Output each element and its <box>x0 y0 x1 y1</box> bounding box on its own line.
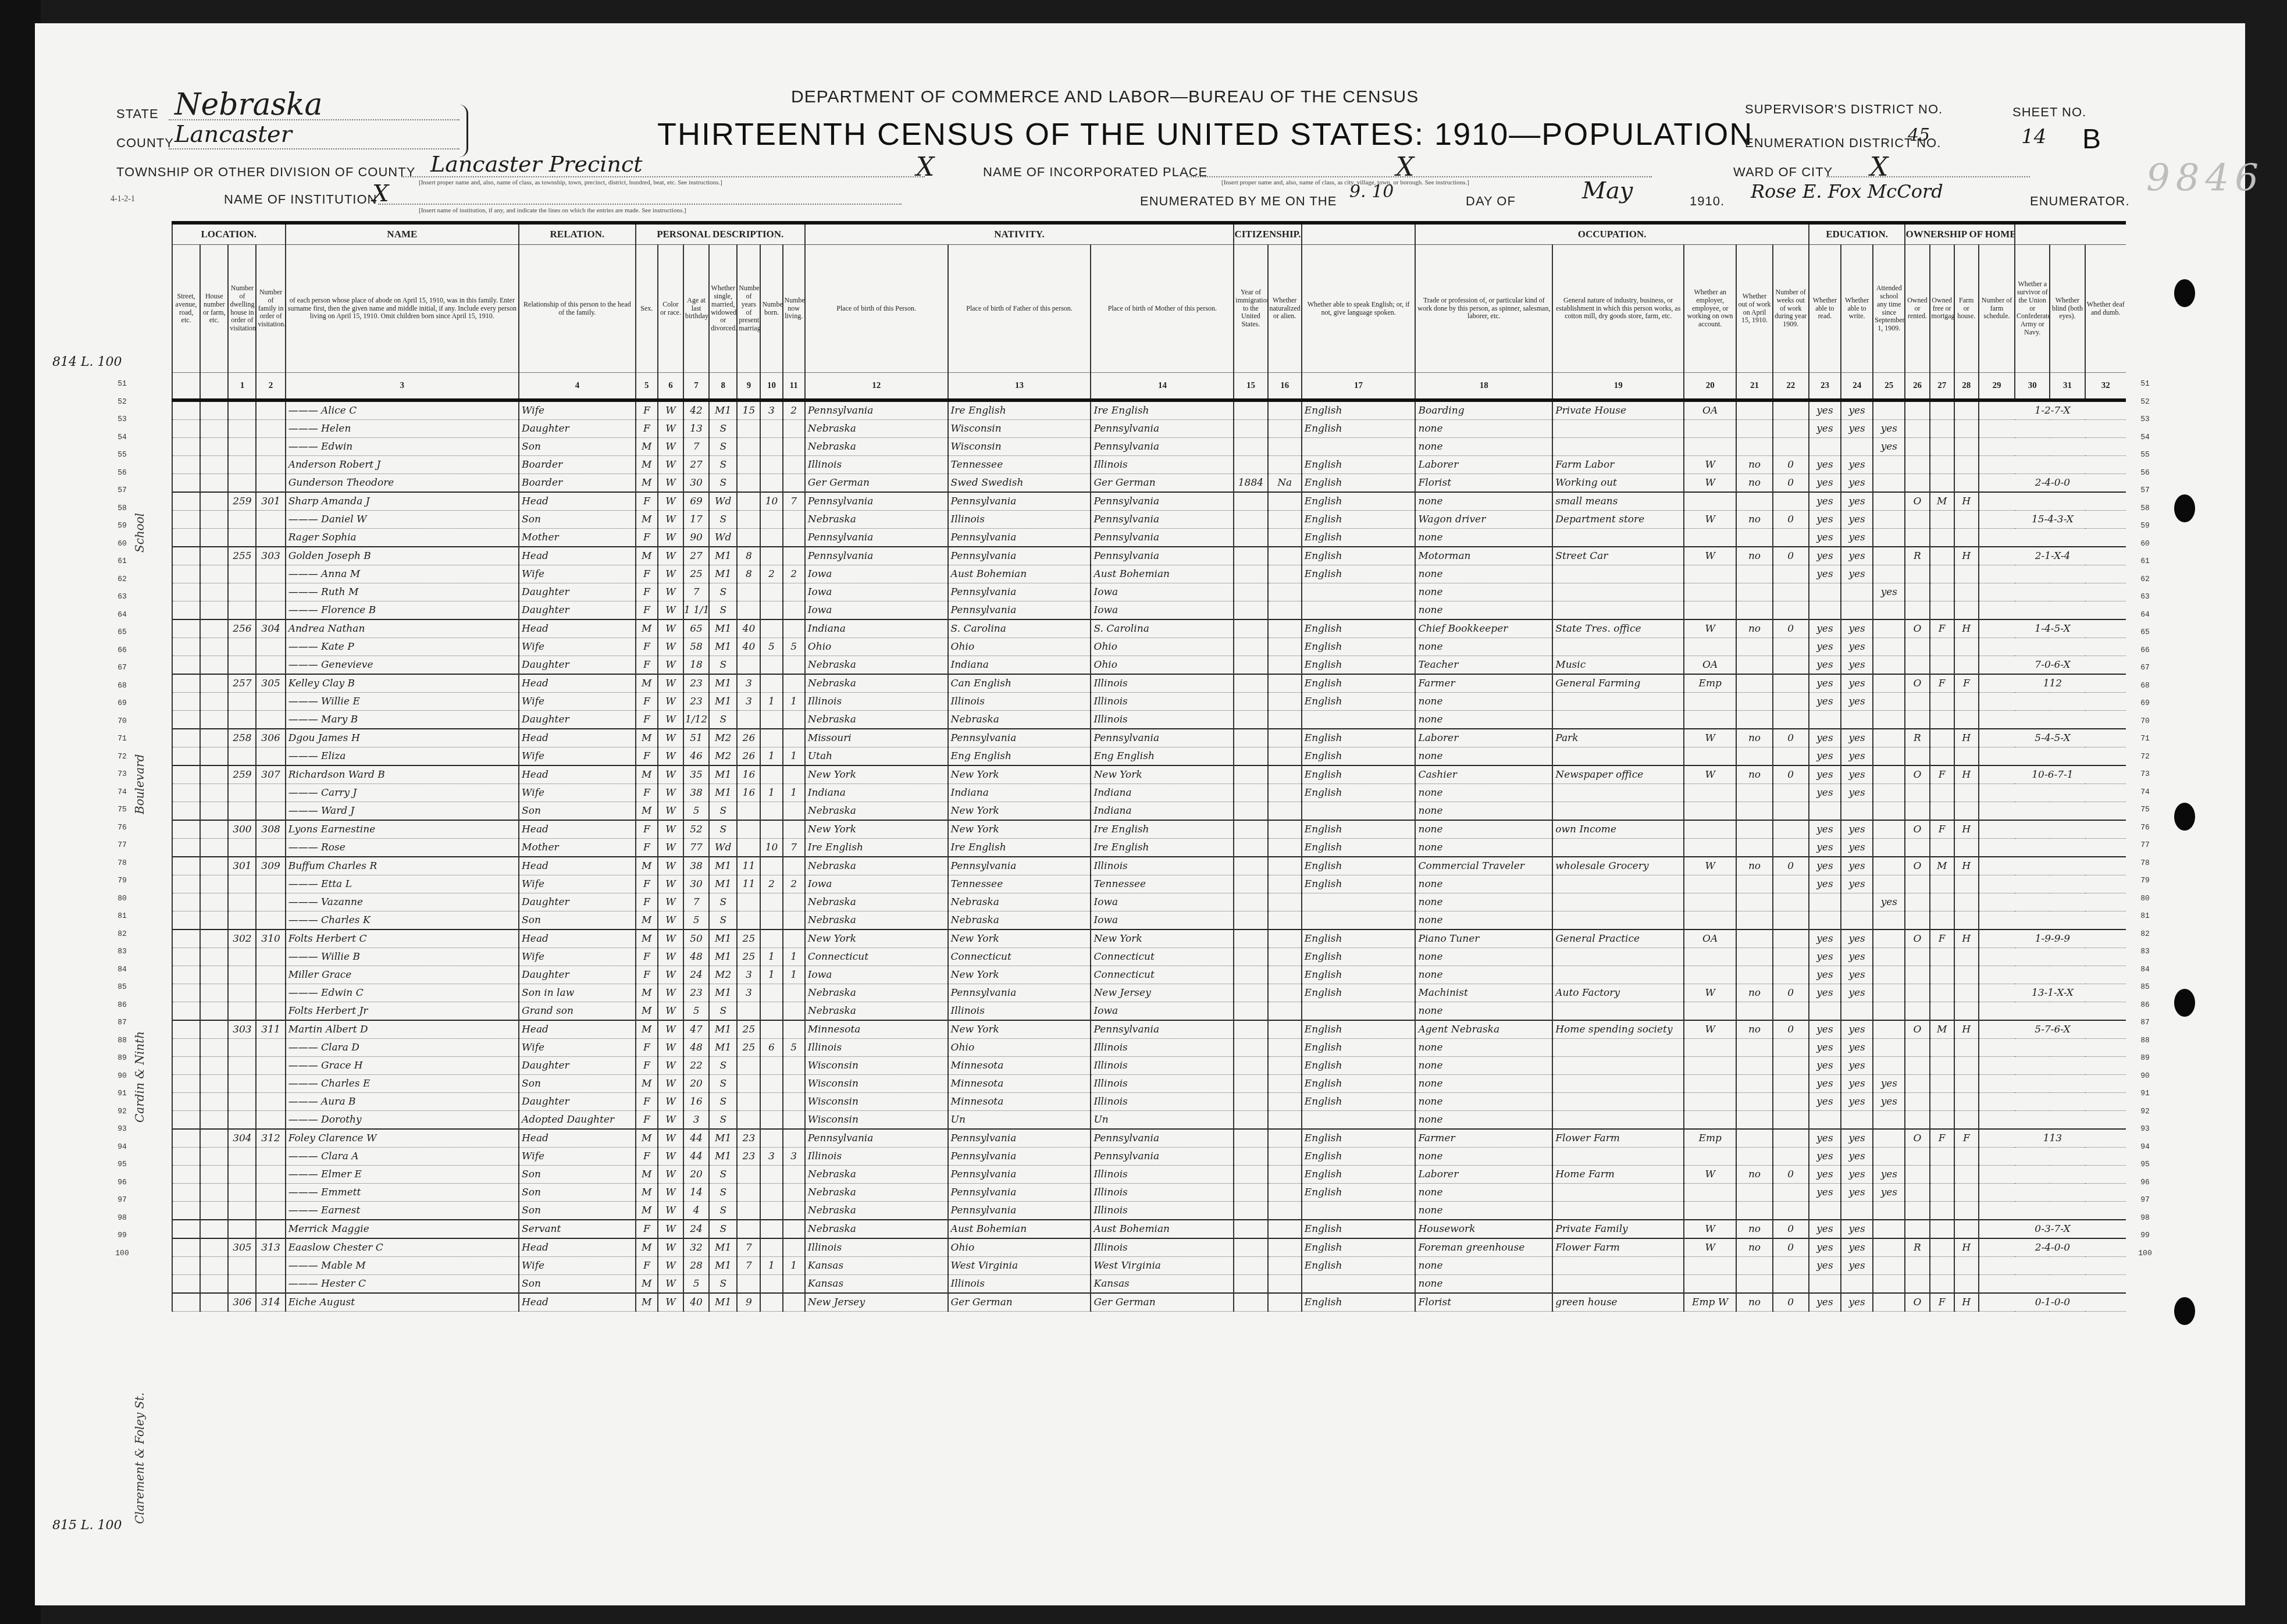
line-number: 58 <box>108 504 137 522</box>
cell-bpm: West Virginia <box>1091 1257 1234 1275</box>
cell-lang: English <box>1302 747 1416 766</box>
punch-hole <box>2174 494 2195 522</box>
cell-industry <box>1552 420 1684 438</box>
day-of-label: DAY OF <box>1466 194 1516 209</box>
line-number: 56 <box>108 468 137 486</box>
table-row: 300308Lyons EarnestineHeadFW52SNew YorkN… <box>172 820 2126 839</box>
cell-emp <box>1684 1148 1736 1166</box>
cell-bp: Nebraska <box>805 656 948 675</box>
cell-industry <box>1552 893 1684 911</box>
cell-own: O <box>1905 1129 1929 1148</box>
cell-street <box>172 420 200 438</box>
cell-wks <box>1773 1075 1809 1093</box>
cell-living: 5 <box>783 638 805 656</box>
cell-yrs <box>737 1093 760 1111</box>
cell-emp <box>1684 911 1736 930</box>
cell-read: yes <box>1809 474 1841 493</box>
cell-dwelling <box>228 784 256 802</box>
cell-relation: Son <box>519 911 636 930</box>
cell-write <box>1841 802 1873 821</box>
cell-house <box>200 1202 228 1220</box>
cell-name: ——— Ward J <box>286 802 519 821</box>
cell-house <box>200 474 228 493</box>
cell-yrs <box>737 420 760 438</box>
cell-age: 4 <box>683 1202 709 1220</box>
line-number: 86 <box>2133 1000 2157 1018</box>
line-number: 53 <box>108 415 137 433</box>
cell-write: yes <box>1841 784 1873 802</box>
col-birth-father: Place of birth of Father of this person. <box>948 245 1091 373</box>
cell-bp: Wisconsin <box>805 1093 948 1111</box>
cell-name: ——— Willie E <box>286 693 519 711</box>
cell-relation: Daughter <box>519 656 636 675</box>
column-number: 13 <box>948 373 1091 401</box>
cell-bpm: Illinois <box>1091 711 1234 729</box>
table-row: ——— Charles ESonMW20SWisconsinMinnesotaI… <box>172 1075 2126 1093</box>
cell-industry <box>1552 747 1684 766</box>
cell-race: W <box>658 529 683 547</box>
cell-imm <box>1234 638 1267 656</box>
cell-nat <box>1268 911 1302 930</box>
cell-nat <box>1268 1275 1302 1294</box>
cell-nat <box>1268 1111 1302 1130</box>
line-number: 82 <box>2133 929 2157 948</box>
group-relation: RELATION. <box>519 225 636 245</box>
punch-hole <box>2174 279 2195 307</box>
cell-write: yes <box>1841 966 1873 984</box>
cell-relation: Daughter <box>519 601 636 620</box>
cell-own <box>1905 529 1929 547</box>
cell-read: yes <box>1809 929 1841 948</box>
cell-age: 42 <box>683 400 709 420</box>
cell-trade: Cashier <box>1415 765 1552 784</box>
cell-relation: Son <box>519 1275 636 1294</box>
cell-school <box>1873 674 1905 693</box>
cell-marital: S <box>709 601 737 620</box>
cell-bpm: Eng English <box>1091 747 1234 766</box>
cell-read: yes <box>1809 492 1841 511</box>
cell-age: 38 <box>683 857 709 875</box>
cell-read: yes <box>1809 875 1841 893</box>
cell-lang: English <box>1302 529 1416 547</box>
cell-nat <box>1268 948 1302 966</box>
cell-street <box>172 1093 200 1111</box>
cell-imm <box>1234 1184 1267 1202</box>
cell-bpm: Indiana <box>1091 784 1234 802</box>
cell-street <box>172 492 200 511</box>
cell-industry: Music <box>1552 656 1684 675</box>
cell-imm <box>1234 1202 1267 1220</box>
cell-industry: State Tres. office <box>1552 619 1684 638</box>
col-school: Attended school any time since September… <box>1875 284 1903 333</box>
cell-relation: Daughter <box>519 893 636 911</box>
cell-nat <box>1268 1257 1302 1275</box>
cell-mort <box>1930 400 1954 420</box>
cell-family: 306 <box>256 729 285 747</box>
cell-relation: Wife <box>519 784 636 802</box>
cell-trade: none <box>1415 492 1552 511</box>
township-hint: [Insert proper name and, also, name of c… <box>419 179 722 186</box>
line-number: 100 <box>2133 1249 2157 1267</box>
cell-race: W <box>658 492 683 511</box>
cell-emp <box>1684 1057 1736 1075</box>
cell-dwelling <box>228 875 256 893</box>
cell-bpf: New York <box>948 1020 1091 1039</box>
cell-marital: M2 <box>709 747 737 766</box>
cell-dwelling <box>228 601 256 620</box>
column-number: 15 <box>1234 373 1267 401</box>
cell-bpf: Pennsylvania <box>948 984 1091 1002</box>
cell-sex: M <box>636 1129 658 1148</box>
cell-oow: no <box>1736 729 1772 747</box>
line-number: 88 <box>2133 1036 2157 1054</box>
cell-oow: no <box>1736 619 1772 638</box>
cell-bpf: Ohio <box>948 638 1091 656</box>
cell-write: yes <box>1841 492 1873 511</box>
cell-own <box>1905 638 1929 656</box>
cell-mort <box>1930 1111 1954 1130</box>
line-number: 89 <box>108 1053 137 1071</box>
cell-industry <box>1552 839 1684 857</box>
table-row: ——— Hester CSonMW5SKansasIllinoisKansasn… <box>172 1275 2126 1294</box>
cell-read <box>1809 438 1841 456</box>
cell-read <box>1809 1202 1841 1220</box>
cell-industry <box>1552 1075 1684 1093</box>
cell-age: 30 <box>683 474 709 493</box>
cell-dwelling <box>228 839 256 857</box>
cell-family <box>256 638 285 656</box>
line-number: 62 <box>108 575 137 593</box>
cell-emp <box>1684 1111 1736 1130</box>
enumerator-label: ENUMERATOR. <box>2030 194 2130 209</box>
col-veteran: Whether a survivor of the Union or Confe… <box>2017 280 2048 337</box>
cell-sched <box>1979 1075 2126 1093</box>
cell-race: W <box>658 1057 683 1075</box>
line-number: 92 <box>108 1107 137 1125</box>
cell-born <box>760 893 782 911</box>
cell-family <box>256 784 285 802</box>
line-number: 55 <box>108 450 137 468</box>
cell-wks <box>1773 492 1809 511</box>
cell-bp: Nebraska <box>805 711 948 729</box>
cell-yrs <box>737 1075 760 1093</box>
cell-own: O <box>1905 1293 1929 1312</box>
cell-race: W <box>658 1129 683 1148</box>
cell-race: W <box>658 1020 683 1039</box>
cell-emp <box>1684 693 1736 711</box>
cell-sched: 5-7-6-X <box>1979 1020 2126 1039</box>
cell-oow: no <box>1736 1220 1772 1238</box>
cell-industry: Street Car <box>1552 547 1684 565</box>
cell-bpm: Pennsylvania <box>1091 547 1234 565</box>
cell-lang <box>1302 583 1416 601</box>
cell-dwelling <box>228 438 256 456</box>
cell-sex: M <box>636 619 658 638</box>
cell-house <box>200 1020 228 1039</box>
cell-house <box>200 601 228 620</box>
cell-trade: Chief Bookkeeper <box>1415 619 1552 638</box>
col-street: Street, avenue, road, etc. <box>174 293 198 325</box>
cell-bpf: Tennessee <box>948 456 1091 474</box>
cell-relation: Grand son <box>519 1002 636 1021</box>
cell-bpf: Connecticut <box>948 948 1091 966</box>
punch-hole <box>2174 1297 2195 1325</box>
line-number: 66 <box>108 646 137 664</box>
table-row: ——— Willie EWifeFW23M1311IllinoisIllinoi… <box>172 693 2126 711</box>
cell-mort <box>1930 747 1954 766</box>
cell-street <box>172 1184 200 1202</box>
cell-school: yes <box>1873 420 1905 438</box>
cell-dwelling: 259 <box>228 492 256 511</box>
cell-fh <box>1954 1220 1979 1238</box>
cell-street <box>172 802 200 821</box>
line-number: 72 <box>2133 752 2157 770</box>
cell-born <box>760 711 782 729</box>
cell-imm <box>1234 1257 1267 1275</box>
cell-mort <box>1930 693 1954 711</box>
cell-dwelling <box>228 1002 256 1021</box>
line-number: 60 <box>108 539 137 557</box>
col-farm-schedule: Number of farm schedule. <box>1980 297 2013 320</box>
cell-bp: Nebraska <box>805 674 948 693</box>
cell-sex: M <box>636 729 658 747</box>
cell-emp: Emp <box>1684 1129 1736 1148</box>
cell-read: yes <box>1809 839 1841 857</box>
cell-nat <box>1268 747 1302 766</box>
cell-sex: F <box>636 1093 658 1111</box>
cell-age: 5 <box>683 1002 709 1021</box>
cell-read: yes <box>1809 456 1841 474</box>
cell-read: yes <box>1809 984 1841 1002</box>
cell-yrs: 26 <box>737 729 760 747</box>
cell-living <box>783 583 805 601</box>
cell-yrs <box>737 1111 760 1130</box>
cell-dwelling <box>228 911 256 930</box>
cell-emp <box>1684 875 1736 893</box>
cell-sex: M <box>636 511 658 529</box>
cell-lang: English <box>1302 984 1416 1002</box>
cell-read: yes <box>1809 1257 1841 1275</box>
form-number: 4-1-2-1 <box>111 195 135 204</box>
cell-imm <box>1234 1129 1267 1148</box>
line-number: 51 <box>108 379 137 397</box>
cell-bpf: Un <box>948 1111 1091 1130</box>
year-value: 1910. <box>1690 194 1725 209</box>
cell-mort <box>1930 948 1954 966</box>
cell-industry <box>1552 1257 1684 1275</box>
cell-relation: Son <box>519 1166 636 1184</box>
line-number: 84 <box>2133 965 2157 983</box>
cell-family: 305 <box>256 674 285 693</box>
cell-sched <box>1979 893 2126 911</box>
cell-school <box>1873 1220 1905 1238</box>
cell-school <box>1873 565 1905 583</box>
cell-industry: Home Farm <box>1552 1166 1684 1184</box>
cell-own <box>1905 1220 1929 1238</box>
cell-age: 5 <box>683 802 709 821</box>
cell-fh: H <box>1954 1293 1979 1312</box>
cell-school <box>1873 875 1905 893</box>
cell-dwelling <box>228 638 256 656</box>
cell-imm <box>1234 693 1267 711</box>
cell-living: 2 <box>783 565 805 583</box>
line-number: 100 <box>108 1249 137 1267</box>
cell-house <box>200 400 228 420</box>
cell-mort: M <box>1930 857 1954 875</box>
cell-bp: Nebraska <box>805 420 948 438</box>
cell-read: yes <box>1809 784 1841 802</box>
institution-line <box>378 204 902 205</box>
cell-family <box>256 966 285 984</box>
cell-wks: 0 <box>1773 619 1809 638</box>
cell-industry: Flower Farm <box>1552 1129 1684 1148</box>
cell-bpf: Illinois <box>948 1002 1091 1021</box>
cell-nat: Na <box>1268 474 1302 493</box>
cell-dwelling <box>228 1039 256 1057</box>
cell-marital: S <box>709 893 737 911</box>
line-numbers-right: 5152535455565758596061626364656667686970… <box>2133 379 2157 1266</box>
cell-mort <box>1930 638 1954 656</box>
cell-bpm: Ohio <box>1091 638 1234 656</box>
cell-yrs <box>737 656 760 675</box>
cell-write <box>1841 911 1873 930</box>
cell-race: W <box>658 747 683 766</box>
cell-living: 1 <box>783 1257 805 1275</box>
cell-nat <box>1268 875 1302 893</box>
cell-yrs: 23 <box>737 1148 760 1166</box>
cell-age: 51 <box>683 729 709 747</box>
cell-dwelling: 257 <box>228 674 256 693</box>
cell-race: W <box>658 948 683 966</box>
col-family: Number of family in order of visitation. <box>258 289 283 329</box>
cell-family <box>256 565 285 583</box>
table-row: ——— Elmer ESonMW20SNebraskaPennsylvaniaI… <box>172 1166 2126 1184</box>
cell-mort <box>1930 565 1954 583</box>
cell-bpm: Aust Bohemian <box>1091 1220 1234 1238</box>
cell-marital: M1 <box>709 875 737 893</box>
cell-mort <box>1930 1148 1954 1166</box>
cell-house <box>200 802 228 821</box>
cell-trade: Laborer <box>1415 1166 1552 1184</box>
cell-bp: Illinois <box>805 1039 948 1057</box>
cell-street <box>172 966 200 984</box>
cell-imm <box>1234 1293 1267 1312</box>
table-row: ——— Etta LWifeFW30M11122IowaTennesseeTen… <box>172 875 2126 893</box>
cell-yrs <box>737 1002 760 1021</box>
cell-mort <box>1930 420 1954 438</box>
cell-bp: Illinois <box>805 1238 948 1257</box>
cell-bpm: Connecticut <box>1091 966 1234 984</box>
cell-house <box>200 693 228 711</box>
cell-marital: M1 <box>709 674 737 693</box>
cell-bpm: Pennsylvania <box>1091 492 1234 511</box>
cell-school <box>1873 711 1905 729</box>
cell-industry <box>1552 1002 1684 1021</box>
cell-own <box>1905 1057 1929 1075</box>
cell-mort <box>1930 711 1954 729</box>
cell-mort <box>1930 456 1954 474</box>
cell-street <box>172 1293 200 1312</box>
cell-write <box>1841 601 1873 620</box>
cell-name: Martin Albert D <box>286 1020 519 1039</box>
cell-school <box>1873 1129 1905 1148</box>
column-number: 27 <box>1930 373 1954 401</box>
cell-bp: Iowa <box>805 583 948 601</box>
cell-dwelling <box>228 1275 256 1294</box>
cell-house <box>200 984 228 1002</box>
cell-marital: M1 <box>709 400 737 420</box>
cell-oow: no <box>1736 1020 1772 1039</box>
cell-yrs: 23 <box>737 1129 760 1148</box>
cell-family: 313 <box>256 1238 285 1257</box>
cell-name: ——— Ruth M <box>286 583 519 601</box>
cell-bpf: Pennsylvania <box>948 1202 1091 1220</box>
cell-age: 90 <box>683 529 709 547</box>
cell-oow <box>1736 438 1772 456</box>
cell-wks <box>1773 656 1809 675</box>
cell-sex: F <box>636 875 658 893</box>
line-number: 78 <box>2133 859 2157 877</box>
cell-born <box>760 1275 782 1294</box>
cell-lang: English <box>1302 638 1416 656</box>
column-number: 10 <box>760 373 782 401</box>
line-number: 97 <box>108 1195 137 1213</box>
cell-born: 3 <box>760 400 782 420</box>
cell-age: 24 <box>683 966 709 984</box>
cell-race: W <box>658 638 683 656</box>
cell-relation: Adopted Daughter <box>519 1111 636 1130</box>
cell-born <box>760 929 782 948</box>
cell-age: 23 <box>683 674 709 693</box>
column-number: 31 <box>2050 373 2085 401</box>
cell-school <box>1873 619 1905 638</box>
cell-industry <box>1552 638 1684 656</box>
cell-read: yes <box>1809 1075 1841 1093</box>
col-age: Age at last birthday. <box>685 297 707 320</box>
margin-note-top: 814 L. 100 <box>52 355 122 369</box>
cell-own: O <box>1905 1020 1929 1039</box>
cell-family <box>256 1111 285 1130</box>
cell-age: 20 <box>683 1075 709 1093</box>
cell-dwelling <box>228 693 256 711</box>
cell-industry <box>1552 875 1684 893</box>
cell-mort <box>1930 911 1954 930</box>
cell-race: W <box>658 820 683 839</box>
cell-street <box>172 747 200 766</box>
cell-nat <box>1268 1166 1302 1184</box>
cell-name: ——— Clara A <box>286 1148 519 1166</box>
line-number: 71 <box>2133 734 2157 752</box>
cell-trade: Foreman greenhouse <box>1415 1238 1552 1257</box>
cell-own: R <box>1905 729 1929 747</box>
cell-dwelling <box>228 948 256 966</box>
cell-lang: English <box>1302 693 1416 711</box>
cell-born <box>760 456 782 474</box>
cell-marital: M1 <box>709 784 737 802</box>
cell-bpm: Illinois <box>1091 693 1234 711</box>
cell-oow <box>1736 802 1772 821</box>
incorporated-label: NAME OF INCORPORATED PLACE <box>983 165 1207 180</box>
table-row: ——— RoseMotherFW77Wd107Ire EnglishIre En… <box>172 839 2126 857</box>
cell-fh <box>1954 420 1979 438</box>
cell-school <box>1873 1057 1905 1075</box>
cell-lang: English <box>1302 492 1416 511</box>
cell-write <box>1841 711 1873 729</box>
cell-bpf: Can English <box>948 674 1091 693</box>
cell-bpf: Indiana <box>948 656 1091 675</box>
cell-imm <box>1234 929 1267 948</box>
cell-mort <box>1930 474 1954 493</box>
